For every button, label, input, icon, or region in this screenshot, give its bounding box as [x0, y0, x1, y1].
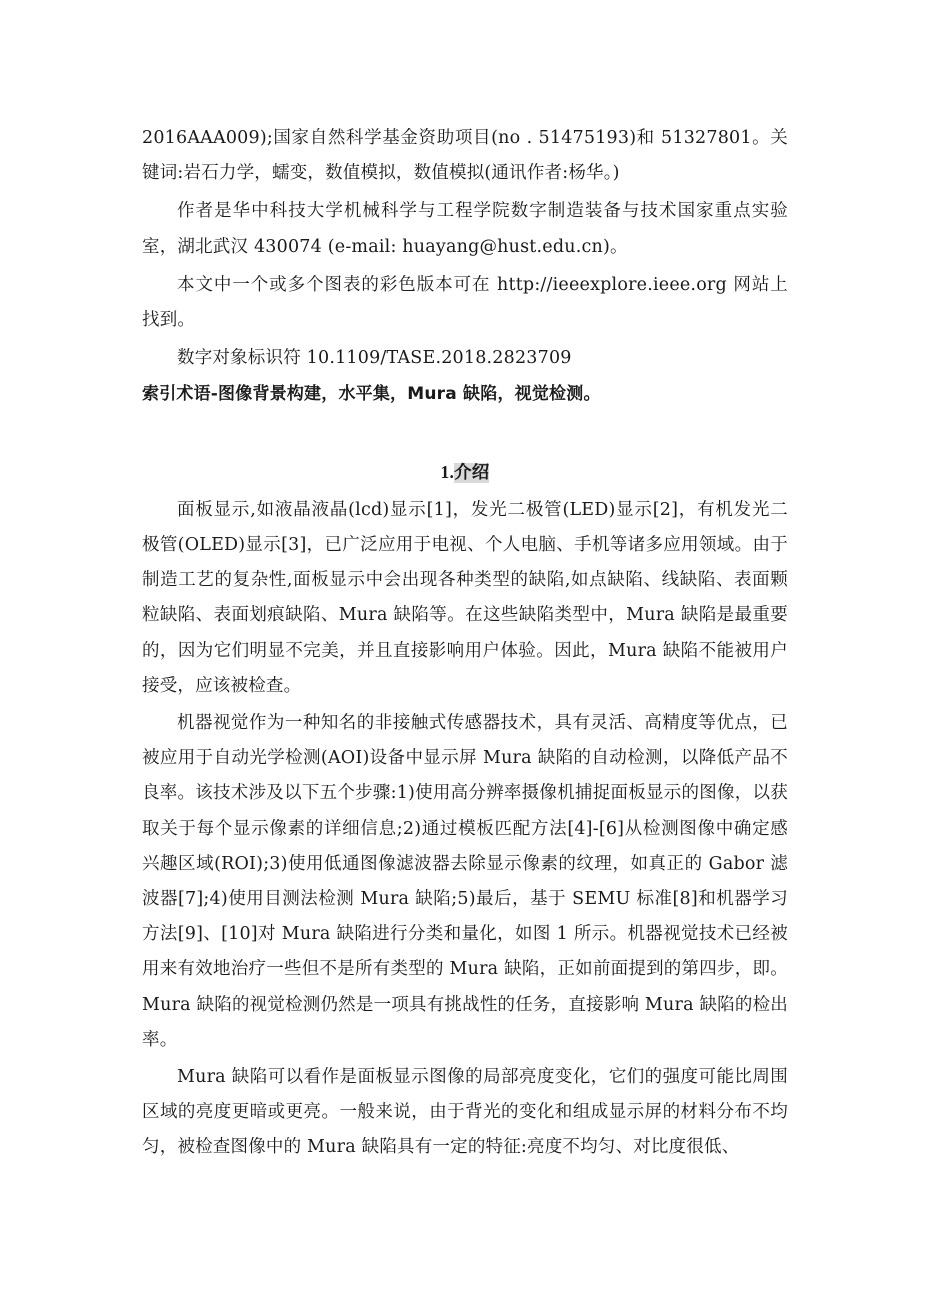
section-title: 介绍 [454, 463, 489, 483]
affiliation-paragraph: 作者是华中科技大学机械科学与工程学院数字制造装备与技术国家重点实验室，湖北武汉 … [142, 194, 788, 264]
intro-paragraph-1: 面板显示,如液晶液晶(lcd)显示[1]，发光二极管(LED)显示[2]，有机发… [142, 493, 788, 704]
document-page: 2016AAA009);国家自然科学基金资助项目(no . 51475193)和… [142, 121, 788, 1166]
index-terms: 索引术语-图像背景构建，水平集，Mura 缺陷，视觉检测。 [142, 377, 788, 412]
section-number: 1. [441, 462, 455, 482]
funding-paragraph: 2016AAA009);国家自然科学基金资助项目(no . 51475193)和… [142, 121, 788, 191]
intro-paragraph-2: 机器视觉作为一种知名的非接触式传感器技术，具有灵活、高精度等优点，已被应用于自动… [142, 706, 788, 1058]
section-heading: 1.介绍 [142, 455, 788, 491]
doi-line: 数字对象标识符 10.1109/TASE.2018.2823709 [142, 341, 788, 376]
intro-paragraph-3: Mura 缺陷可以看作是面板显示图像的局部亮度变化，它们的强度可能比周围区域的亮… [142, 1060, 788, 1166]
color-version-note: 本文中一个或多个图表的彩色版本可在 http://ieeexplore.ieee… [142, 268, 788, 338]
